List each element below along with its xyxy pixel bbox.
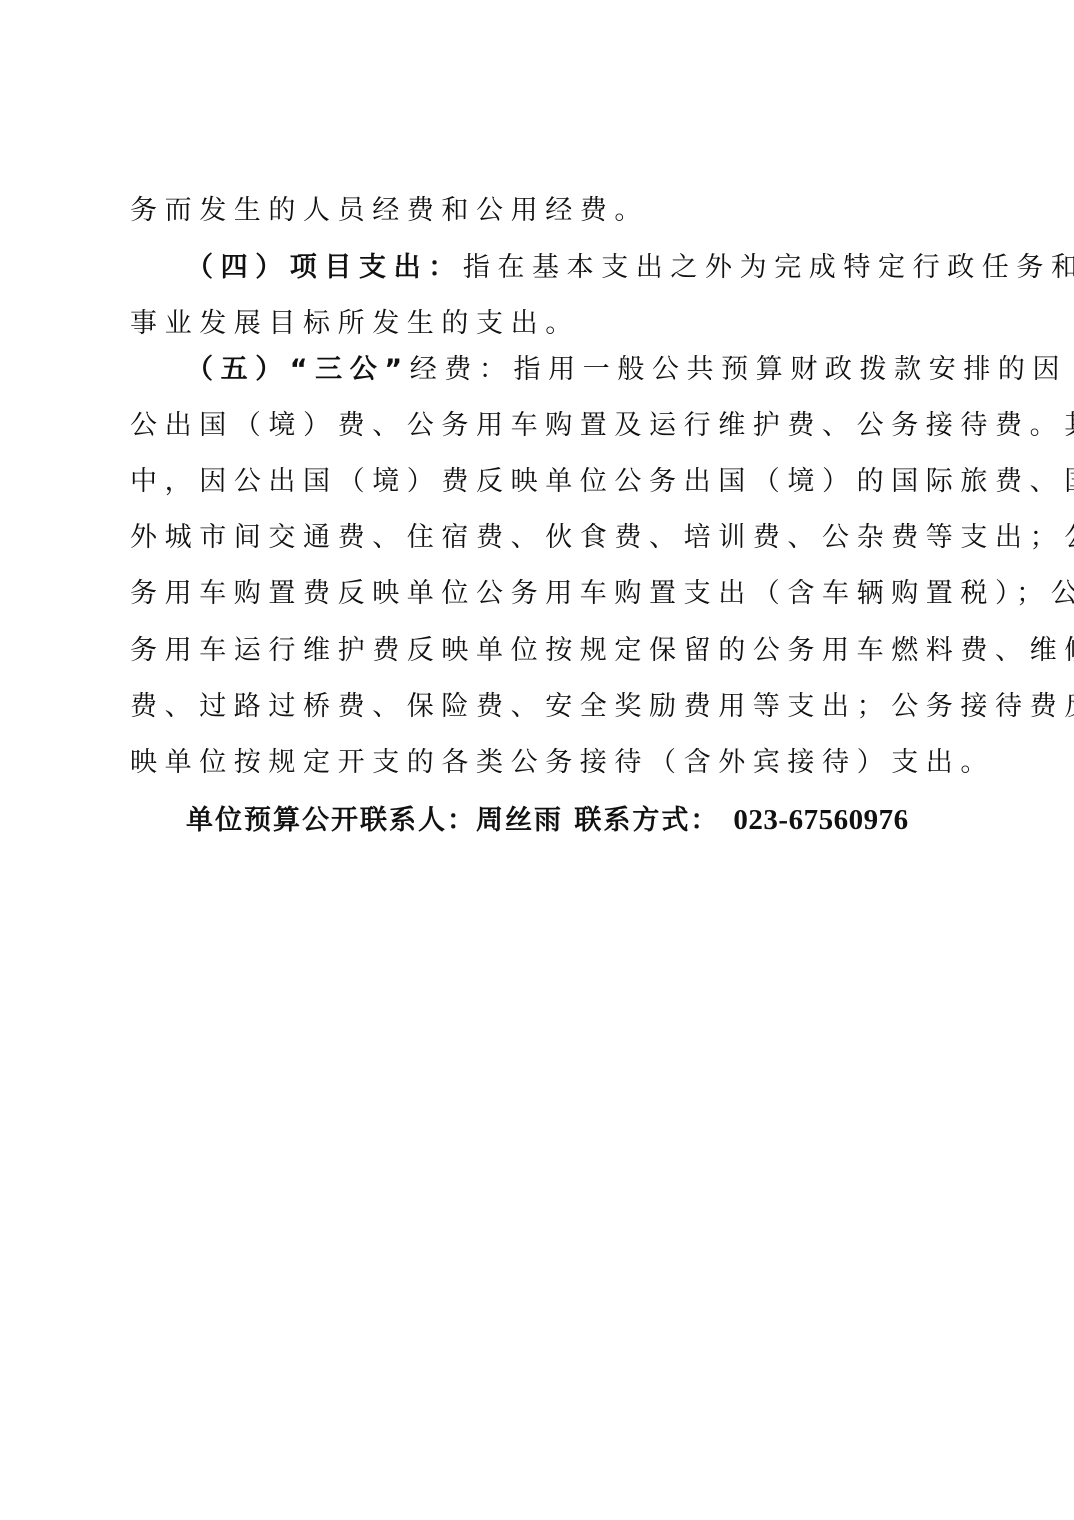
contact-line: 单位预算公开联系人：周丝雨 联系方式：023-67560976 <box>186 800 909 841</box>
paragraph-line: 务用车运行维护费反映单位按规定保留的公务用车燃料费、维修 <box>130 631 950 671</box>
section-5-body: 指用一般公共预算财政拨款安排的因 <box>514 354 1068 385</box>
section-4-heading: （四）项目支出： <box>186 252 463 283</box>
paragraph-line: 公出国（境）费、公务用车购置及运行维护费、公务接待费。其 <box>130 406 950 446</box>
section-5-first-line: （五）“三公”经费：指用一般公共预算财政拨款安排的因 <box>186 350 950 390</box>
section-4-first-line: （四）项目支出：指在基本支出之外为完成特定行政任务和 <box>186 248 950 288</box>
section-5-heading: （五）“三公” <box>186 354 410 385</box>
paragraph-line: 外城市间交通费、住宿费、伙食费、培训费、公杂费等支出；公 <box>130 518 950 558</box>
paragraph-line: 务用车购置费反映单位公务用车购置支出（含车辆购置税）；公 <box>130 574 950 614</box>
paragraph-line: 映单位按规定开支的各类公务接待（含外宾接待）支出。 <box>130 743 950 783</box>
paragraph-line: 务而发生的人员经费和公用经费。 <box>130 191 950 231</box>
document-page: 务而发生的人员经费和公用经费。 （四）项目支出：指在基本支出之外为完成特定行政任… <box>0 0 1074 1520</box>
paragraph-line: 费、过路过桥费、保险费、安全奖励费用等支出；公务接待费反 <box>130 687 950 727</box>
section-4-body: 指在基本支出之外为完成特定行政任务和 <box>463 252 1074 283</box>
paragraph-line: 事业发展目标所发生的支出。 <box>130 304 950 344</box>
contact-label: 单位预算公开联系人：周丝雨 联系方式： <box>186 805 719 836</box>
contact-phone: 023-67560976 <box>733 804 908 836</box>
paragraph-line: 中，因公出国（境）费反映单位公务出国（境）的国际旅费、国 <box>130 462 950 502</box>
section-5-heading-rest: 经费： <box>410 354 514 385</box>
